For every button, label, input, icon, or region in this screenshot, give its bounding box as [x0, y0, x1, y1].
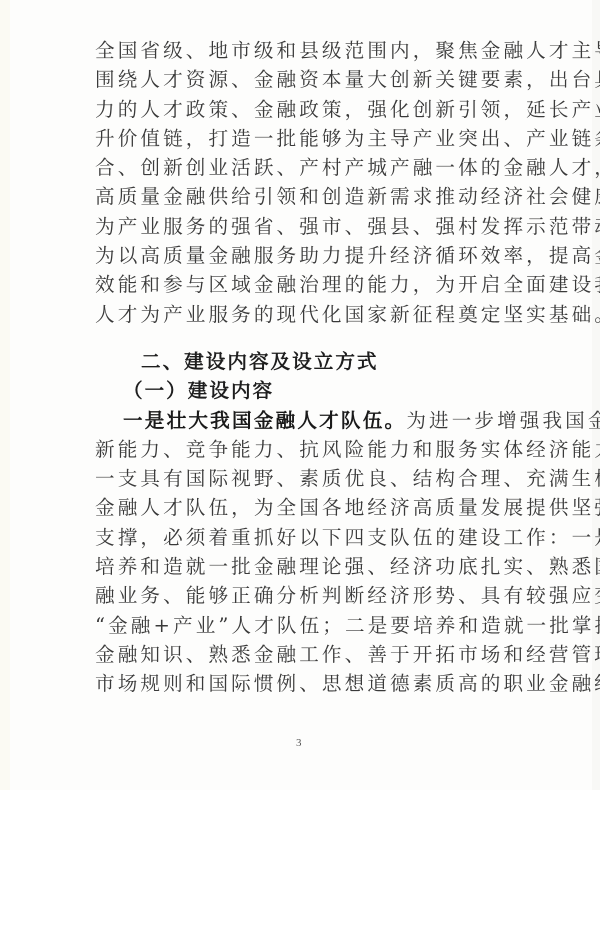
point-one-first-line-rest: 为进一步增强我国金融创 — [406, 409, 600, 432]
text-line: 效能和参与区域金融治理的能力，为开启全面建设我国金融 — [95, 270, 509, 299]
text-line: 人才为产业服务的现代化国家新征程奠定坚实基础。 — [95, 300, 509, 329]
text-line: 围绕人才资源、金融资本量大创新关键要素，出台具有吸引 — [95, 65, 509, 94]
text-line: 高质量金融供给引领和创造新需求推动经济社会健康发展， — [95, 182, 509, 211]
text-line: 为以高质量金融服务助力提升经济循环效率，提高金融服务 — [95, 241, 509, 270]
page-left-edge — [0, 0, 10, 790]
point-one-first-line: 一是壮大我国金融人才队伍。为进一步增强我国金融创 — [95, 406, 509, 435]
section-heading: 二、建设内容及设立方式 — [95, 347, 509, 376]
document-body: 全国省级、地市级和县级范围内，聚焦金融人才主导产业， 围绕人才资源、金融资本量大… — [95, 36, 509, 699]
page-number: 3 — [296, 737, 302, 749]
text-line: 金融知识、熟悉金融工作、善于开拓市场和经营管理、通晓 — [95, 640, 509, 669]
text-line: 力的人才政策、金融政策，强化创新引领，延长产业链，提 — [95, 95, 509, 124]
text-line: “金融+产业”人才队伍；二是要培养和造就一批掌握现代 — [95, 611, 509, 640]
text-line: 为产业服务的强省、强市、强县、强村发挥示范带动作用， — [95, 212, 509, 241]
subsection-heading: （一）建设内容 — [95, 376, 509, 405]
text-line: 金融人才队伍，为全国各地经济高质量发展提供坚强的金融 — [95, 493, 509, 522]
text-line: 市场规则和国际惯例、思想道德素质高的职业金融经理人队 — [95, 669, 509, 698]
text-line: 新能力、竞争能力、抗风险能力和服务实体经济能力，建设 — [95, 435, 509, 464]
text-line: 合、创新创业活跃、产村产城产融一体的金融人才，能够以 — [95, 153, 509, 182]
text-line: 支撑，必须着重抓好以下四支队伍的建设工作：一是要大力 — [95, 523, 509, 552]
text-line: 培养和造就一批金融理论强、经济功底扎实、熟悉国内外金 — [95, 552, 509, 581]
point-one-lead: 一是壮大我国金融人才队伍。 — [123, 409, 406, 432]
text-line: 融业务、能够正确分析判断经济形势、具有较强应变能力的 — [95, 581, 509, 610]
text-line: 全国省级、地市级和县级范围内，聚焦金融人才主导产业， — [95, 36, 509, 65]
scanned-page: 全国省级、地市级和县级范围内，聚焦金融人才主导产业， 围绕人才资源、金融资本量大… — [0, 0, 600, 790]
text-line: 一支具有国际视野、素质优良、结构合理、充满生机活力的 — [95, 464, 509, 493]
text-line: 升价值链，打造一批能够为主导产业突出、产业链条深度融 — [95, 124, 509, 153]
